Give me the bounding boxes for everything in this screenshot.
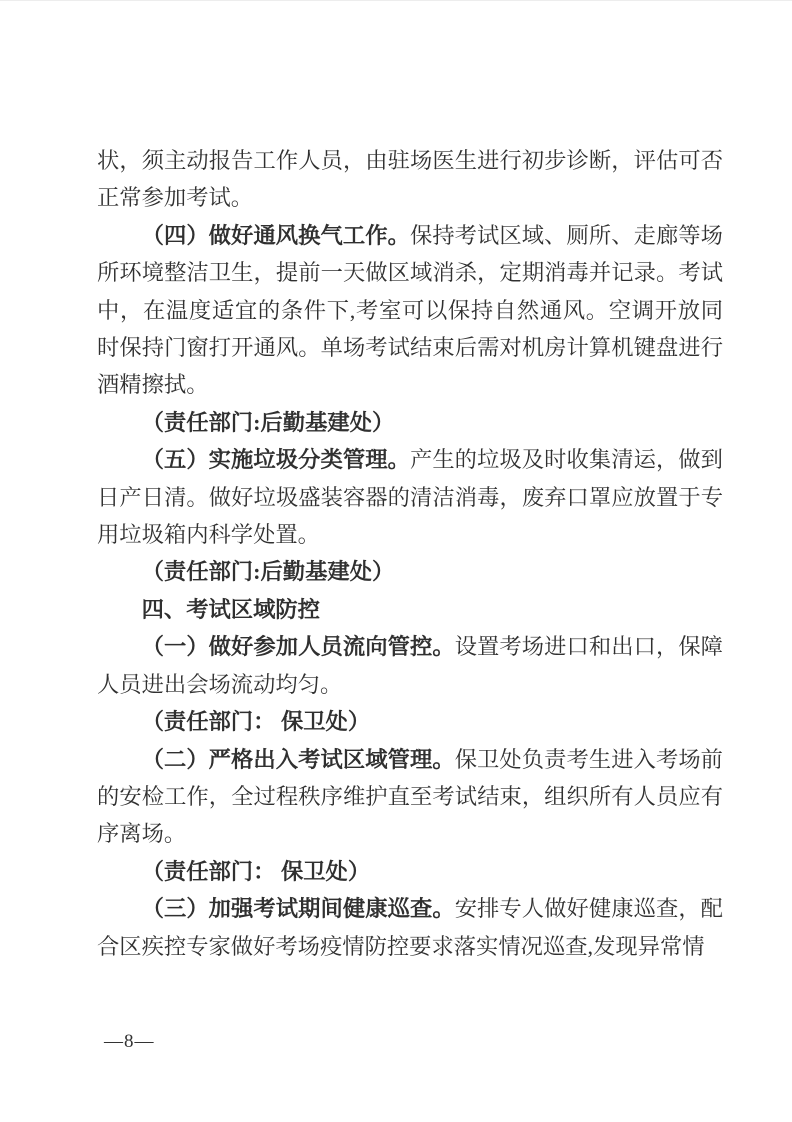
section-heading-4-exam-area: 四、考试区域防控 [97,591,723,628]
document-page: 状，须主动报告工作人员，由驻场医生进行初步诊断，评估可否正常参加考试。 （四）做… [0,0,792,1122]
responsibility-line-security-1: （责任部门： 保卫处） [97,703,723,740]
paragraph-lead: （二）严格出入考试区域管理。 [142,747,455,772]
responsibility-line-logistics-2: （责任部门:后勤基建处） [97,553,723,590]
paragraph-lead: （一）做好参加人员流向管控。 [142,634,455,659]
responsibility-line-logistics-1: （责任部门:后勤基建处） [97,404,723,441]
paragraph-lead: （四）做好通风换气工作。 [142,223,410,248]
paragraph-lead: （五）实施垃圾分类管理。 [142,447,410,472]
paragraph-item-2-entry-exit: （二）严格出入考试区域管理。保卫处负责考生进入考场前的安检工作，全过程秩序维护直… [97,741,723,853]
paragraph-continuation: 状，须主动报告工作人员，由驻场医生进行初步诊断，评估可否正常参加考试。 [97,142,723,217]
responsibility-label: （责任部门:后勤基建处） [142,410,395,435]
paragraph-item-1-flow-control: （一）做好参加人员流向管控。设置考场进口和出口，保障人员进出会场流动均匀。 [97,628,723,703]
responsibility-label: （责任部门： 保卫处） [142,709,371,734]
page-number: —8— [104,1031,155,1052]
paragraph-item-3-health-patrol: （三）加强考试期间健康巡查。安排专人做好健康巡查，配合区疾控专家做好考场疫情防控… [97,890,723,965]
paragraph-text: 状，须主动报告工作人员，由驻场医生进行初步诊断，评估可否正常参加考试。 [97,148,723,210]
document-body: 状，须主动报告工作人员，由驻场医生进行初步诊断，评估可否正常参加考试。 （四）做… [97,142,723,965]
responsibility-label: （责任部门： 保卫处） [142,859,371,884]
paragraph-text: 保持考试区域、厕所、走廊等场所环境整洁卫生，提前一天做区域消杀，定期消毒并记录。… [97,223,723,398]
paragraph-item-5-garbage: （五）实施垃圾分类管理。产生的垃圾及时收集清运，做到日产日清。做好垃圾盛装容器的… [97,441,723,553]
responsibility-line-security-2: （责任部门： 保卫处） [97,853,723,890]
paragraph-lead: （三）加强考试期间健康巡查。 [142,896,455,921]
paragraph-item-4-ventilation: （四）做好通风换气工作。保持考试区域、厕所、走廊等场所环境整洁卫生，提前一天做区… [97,217,723,404]
responsibility-label: （责任部门:后勤基建处） [142,559,395,584]
section-heading-text: 四、考试区域防控 [142,597,320,622]
page-footer: —8— [104,1031,155,1053]
